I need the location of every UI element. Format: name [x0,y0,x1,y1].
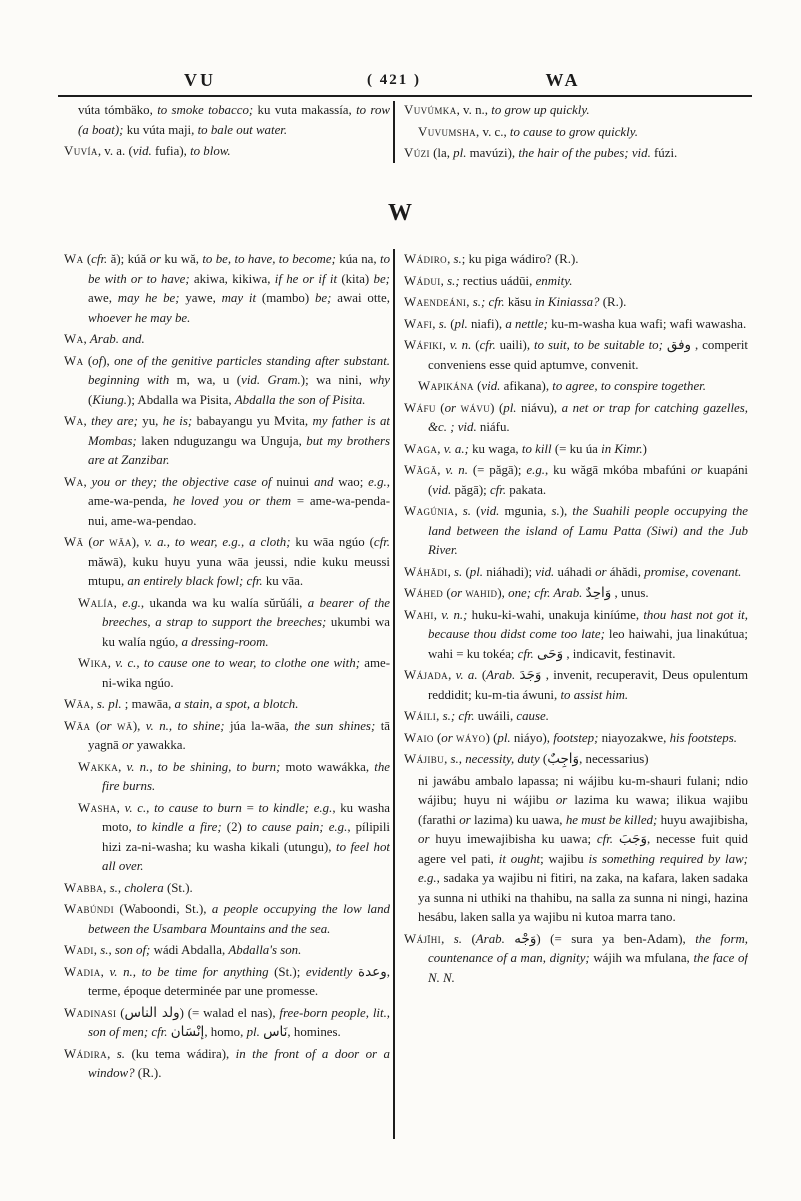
entry-text: ku wāa ngúo ( [291,535,374,549]
arabic-text: وَاحِدٌ [586,585,612,601]
entry-text: cholera [124,881,163,895]
header-rule [58,95,752,97]
header-right-word: WA [523,70,603,91]
entry-text: ; wajibu [540,852,588,866]
headword: Wadinasi [64,1006,116,1020]
headword: Wáili [404,709,436,723]
entry-text: v. n. [450,338,472,352]
entry-text: s.; cfr. [443,709,475,723]
entry-text: or [418,832,429,846]
entry-text: ku-m-washa kua wafi; wafi wawasha. [548,317,746,331]
entry-text: fúzi. [651,146,678,160]
headword: Wa [64,475,83,489]
arabic-text: نَاس [263,1024,287,1040]
entry-text: uáhadi [554,565,595,579]
headword: wāa [109,535,132,549]
headword: Wa [64,354,83,368]
entry-text: nuinui [276,475,314,489]
dictionary-entry: Wabúndi (Waboondi, St.), a people occupy… [64,900,390,939]
entry-text: ) ( [486,731,498,745]
entry-text: pl. [470,565,483,579]
entry-text: , [441,932,454,946]
dictionary-entry: ni jawábu ambalo lapassa; ni wájibu ku-m… [404,772,748,928]
entry-text: s. [439,317,447,331]
headword: Wájibu [404,752,444,766]
entry-text: pl. [497,731,510,745]
column-divider-vu [393,101,395,163]
entry-text: rectius uádūi, [460,274,536,288]
entry-text: niávu), [517,401,562,415]
entry-text: v. n., to be time for anything [110,965,269,979]
entry-text: vid. Gram. [241,373,301,387]
entry-text: (la, [430,146,453,160]
arabic-text: ولد الناس [125,1005,180,1021]
entry-text: ku vāa. [263,574,303,588]
entry-text: an entirely black fowl; cfr. [127,574,262,588]
entry-text: v. n., to shine; [146,719,225,733]
entry-text: , ku wăgā mkóba mbafúni [545,463,691,477]
entry-text: (kita) [337,272,373,286]
arabic-text: وَاجِبٌ [547,751,579,767]
entry-text: ( [83,252,91,266]
entry-text: pl. [247,1025,260,1039]
headword: wahid [465,586,497,600]
entry-text: ( [462,932,476,946]
headword: wávu [461,401,491,415]
entry-text: if he or if it [275,272,337,286]
entry-text: to blow. [190,144,231,158]
dictionary-entry: Wa, they are; yu, he is; babayangu yu Mv… [64,412,390,471]
entry-text: Kiung. [92,393,127,407]
headword: Wájada [404,668,448,682]
entry-text: one; cfr. Arab. [508,586,582,600]
entry-text: , sadaka ya wajibu ni fitiri, na zaka, n… [418,871,748,924]
entry-text: cause. [516,709,549,723]
entry-text: yawe, [180,291,222,305]
entry-text: Abdalla the son of Pisita. [235,393,366,407]
dictionary-entry: Wájada, v. a. (Arab. وَجَدَ , invenit, r… [404,666,748,705]
entry-text: whoever he may be. [88,311,190,325]
entry-text: wao; [333,475,368,489]
dictionary-entry: Wájibu, s., necessity, duty (وَاجِبٌ, ne… [404,750,748,770]
entry-text: be; [374,272,390,286]
arabic-text: وعدة [358,964,387,980]
dictionary-entry: Vuvumsha, v. c., to cause to grow quickl… [404,123,748,143]
entry-text: , homines. [287,1025,340,1039]
dictionary-entry: Wádira, s. (ku tema wádira), in the fron… [64,1045,390,1084]
entry-text: (Waboondi, St.), [114,902,212,916]
dictionary-entry: Vuvía, v. a. (vid. fufia), to blow. [64,142,390,162]
entry-text: ) [643,442,647,456]
headword: Wádui [404,274,441,288]
headword: wáyo [456,731,486,745]
entry-text: he loved you or them [173,494,291,508]
page-container: VU ( 421 ) WA vúta tómbäko, to smoke tob… [0,0,801,1201]
entry-text: ku vúta maji, [127,123,198,137]
entry-text: footstep; [553,731,598,745]
entry-text: to kindle a fire; [137,820,222,834]
entry-text: ), [560,504,573,518]
entry-text: Arab. [476,932,505,946]
headword: Vuvúmka [404,103,457,117]
entry-text: be; [315,291,331,305]
entry-text: (R.). [600,295,627,309]
dictionary-entry: Wádiro, s.; ku piga wádiro? (R.). [404,250,748,270]
headword: Wapikána [418,379,474,393]
w-left-column: Wa (cfr. ă); kúă or ku wă, to be, to hav… [64,250,390,1192]
headword: Wăgā [404,463,437,477]
entry-text: or [93,535,104,549]
entry-text: v. n. [445,463,468,477]
entry-text: ), [132,535,144,549]
entry-text: or [122,738,133,752]
entry-text: may he be; [118,291,180,305]
entry-text: to assist him. [560,688,628,702]
entry-text: afikana), [500,379,552,393]
entry-text: , homo, [204,1025,246,1039]
entry-text: cfr. [91,252,107,266]
entry-text: , [101,965,110,979]
entry-text: ( [478,668,487,682]
entry-text: (= ku úa [552,442,602,456]
dictionary-entry: Wáfu (or wávu) (pl. niávu), a net or tra… [404,399,748,438]
entry-text: huyu imewajibisha ku uawa; [429,832,596,846]
entry-text: pl. [453,146,466,160]
entry-text: v. n.; [441,608,467,622]
entry-text: to grow up quickly. [491,103,589,117]
entry-text: Arab. and. [90,332,145,346]
entry-text: ), [133,719,146,733]
entry-text: huyu awajibisha, [657,813,748,827]
entry-text: ( [83,354,92,368]
entry-text: awai otte, [331,291,390,305]
entry-text: mgunia, [499,504,551,518]
entry-text: , [118,760,126,774]
header-left-word: VU [160,70,240,91]
headword: Wāa [64,719,90,733]
entry-text: or [691,463,702,477]
entry-text: , [107,1047,117,1061]
entry-text: or [595,565,606,579]
entry-text: ); Abdalla wa Pisita, [127,393,235,407]
dictionary-entry: Wáili, s.; cfr. uwáili, cause. [404,707,748,727]
headword: Wáhed [404,586,443,600]
dictionary-entry: Wa, you or they; the objective case of n… [64,473,390,532]
entry-text: the sun shines; [294,719,375,733]
entry-text: awe, [88,291,118,305]
entry-text: e.g. [122,596,141,610]
entry-text: ( [443,586,451,600]
entry-text: , [443,338,450,352]
dictionary-entry: Wadia, v. n., to be time for anything (S… [64,963,390,1002]
entry-text: cfr. [480,338,496,352]
entry-text: Abdalla's son. [228,943,301,957]
dictionary-entry: Wakka, v. n., to be shining, to burn; mo… [64,758,390,797]
headword: Walía [78,596,114,610]
dictionary-entry: Wa (cfr. ă); kúă or ku wă, to be, to hav… [64,250,390,328]
entry-text: yu, [138,414,163,428]
entry-text: v. c., to cause one to wear, to clothe o… [115,656,360,670]
entry-text: kăsu [505,295,535,309]
entry-text: , v. c., [476,125,510,139]
headword: Wáfiki [404,338,443,352]
entry-text: moto wawákka, [280,760,374,774]
entry-text: a dressing-room. [181,635,268,649]
entry-text: s. [454,932,462,946]
dictionary-entry: Wā (or wāa), v. a., to wear, e.g., a clo… [64,533,390,592]
entry-text: he is; [163,414,192,428]
entry-text: or [441,731,452,745]
entry-text: ), [497,586,508,600]
entry-text: niayozakwe, [598,731,669,745]
entry-text: vid. [480,504,499,518]
entry-text: , [448,668,456,682]
headword: Wadia [64,965,101,979]
headword: Wabba [64,881,103,895]
entry-text: yawakka. [133,738,185,752]
entry-text: vid. [432,483,451,497]
entry-text: = [242,801,259,815]
entry-text: his footsteps. [670,731,737,745]
entry-text: babayangu yu Mvita, [192,414,312,428]
entry-text: , [114,596,123,610]
entry-text: s. pl. [97,697,122,711]
entry-text: , unus. [611,586,648,600]
entry-text: (mambo) [256,291,315,305]
entry-text: wájih wa mfulana, [590,951,694,965]
entry-text: uaili), [496,338,534,352]
entry-text: niáhadi); [483,565,535,579]
entry-text: to suit, to be suitable to; [534,338,663,352]
arabic-text: وَجْه [514,931,536,947]
dictionary-entry: Waendeáni, s.; cfr. kăsu in Kiniassa? (R… [404,293,748,313]
entry-text: to cause to grow quickly. [510,125,638,139]
entry-text: , necessarius) [579,752,648,766]
dictionary-entry: Wahi, v. n.; huku-ki-wahi, unakuja kiníú… [404,606,748,665]
headword: Waga [404,442,437,456]
arabic-text: وَجَبَ [619,831,647,847]
dictionary-entry: Waio (or wáyo) (pl. niáyo), footstep; ni… [404,729,748,749]
entry-text: ; mawāa, [122,697,175,711]
entry-text: ( [447,317,455,331]
headword: Wa [64,332,83,346]
headword: Wika [78,656,108,670]
entry-text: niáfu. [477,420,510,434]
entry-text: to agree, to conspire together. [552,379,706,393]
dictionary-entry: Waga, v. a.; ku waga, to kill (= ku úa i… [404,440,748,460]
headword: Wadi [64,943,94,957]
entry-text: s. [551,504,559,518]
entry-text: áhădi, [607,565,645,579]
entry-text: , [83,475,91,489]
dictionary-entry: Wadinasi (ولد الناس) (= walad el nas), f… [64,1004,390,1043]
entry-text: , indicavit, festinavit. [563,647,675,661]
entry-text: or [100,719,111,733]
entry-text: ) (= walad el nas), [180,1006,280,1020]
entry-text: ă); kúă [107,252,149,266]
entry-text: s. [110,881,118,895]
entry-text: to cause pain; e.g. [247,820,347,834]
entry-text: s.; [447,274,460,288]
column-divider-w [393,249,395,1139]
entry-text: may it [222,291,256,305]
entry-text: (= păgā); [468,463,526,477]
entry-text: vid. [133,144,152,158]
entry-text: v. a. [456,668,478,682]
dictionary-entry: Washa, v. c., to cause to burn = to kind… [64,799,390,877]
arabic-text: وفق [667,337,691,353]
headword: Wabúndi [64,902,114,916]
headword: Wáhădi [404,565,448,579]
entry-text: cfr. [597,832,613,846]
dictionary-entry: Wabba, s., cholera (St.). [64,879,390,899]
headword: Vuvía [64,144,98,158]
vu-right-column: Vuvúmka, v. n., to grow up quickly.Vuvum… [404,101,748,203]
entry-text: ; ku piga wádiro? (R.). [462,252,579,266]
entry-text: vid. [481,379,500,393]
entry-text: of [92,354,102,368]
entry-text: păgā); [451,483,490,497]
dictionary-entry: Vúzi (la, pl. mavúzi), the hair of the p… [404,144,748,164]
entry-text: or [459,813,470,827]
headword: Wāa [64,697,90,711]
entry-text: laken nduguzangu wa Unguja, [137,434,307,448]
entry-text: to kill [522,442,552,456]
entry-text: pl. [455,317,468,331]
entry-text: v. c., to cause to burn [125,801,242,815]
entry-text: or [451,586,462,600]
entry-text: ( [462,565,470,579]
w-right-column: Wádiro, s.; ku piga wádiro? (R.).Wádui, … [404,250,748,1192]
entry-text: s. [463,504,471,518]
headword: Vúzi [404,146,430,160]
entry-text: in Kimr. [601,442,643,456]
headword: Wakka [78,760,118,774]
entry-text: Arab. [486,668,515,682]
headword: Waendeáni [404,295,466,309]
dictionary-entry: Wāa, s. pl. ; mawāa, a stain, a spot, a … [64,695,390,715]
entry-text: vúta tómbäko, [78,103,157,117]
entry-text: , v. n., [457,103,492,117]
arabic-text: إنْسَان [171,1024,205,1040]
entry-text: m, wa, u ( [177,373,242,387]
dictionary-entry: Walía, e.g., ukanda wa ku walía sŭrŭáli,… [64,594,390,653]
entry-text: it ought [499,852,540,866]
entry-text: pl. [503,401,516,415]
entry-text: ( [436,401,445,415]
dictionary-entry: Wa (of), one of the genitive particles s… [64,352,390,411]
entry-text: ku waga, [469,442,522,456]
dictionary-entry: Wăgā, v. n. (= păgā); e.g., ku wăgā mkób… [404,461,748,500]
headword: Wádiro [404,252,447,266]
entry-text: ( [471,338,479,352]
entry-text: they are; [91,414,138,428]
entry-text: enmity. [536,274,573,288]
entry-text: v. n., to be shining, to burn; [127,760,281,774]
headword: Wa [64,252,83,266]
entry-text: ( [116,1006,124,1020]
entry-text: to bale out water. [198,123,288,137]
dictionary-entry: Wáhădi, s. (pl. niáhadi); vid. uáhadi or… [404,563,748,583]
entry-text: , v. a. ( [98,144,133,158]
entry-text: s., son of; [100,943,150,957]
entry-text: ( [83,535,92,549]
entry-text: ) ( [490,401,503,415]
headword: Wagúnia [404,504,454,518]
entry-text: huku-ki-wahi, unakuja kiníúme, [467,608,643,622]
headword: Wafi [404,317,432,331]
entry-text: v. a.; [444,442,469,456]
entry-text: why [369,373,390,387]
headword: Wáfu [404,401,436,415]
entry-text: (St.); [269,965,306,979]
dictionary-entry: Wáfiki, v. n. (cfr. uaili), to suit, to … [404,336,748,375]
entry-text: cfr. [490,483,506,497]
entry-text: to be, to have, to become; [202,252,336,266]
entry-text: or [445,401,456,415]
dictionary-entry: Wagúnia, s. (vid. mgunia, s.), the Suahi… [404,502,748,561]
entry-text: wádi Abdalla, [150,943,228,957]
entry-text: ); wa nini, [301,373,369,387]
dictionary-entry: Wapikána (vid. afikana), to agree, to co… [404,377,748,397]
entry-text: (R.). [135,1066,162,1080]
arabic-text: وَجَدَ [519,667,541,683]
headword: Wā [64,535,83,549]
entry-text: or [150,252,161,266]
entry-text: the hair of the pubes; vid. [518,146,650,160]
entry-text: niáyo), [511,731,554,745]
entry-text: and [314,475,333,489]
entry-text: you or they; the objective case of [92,475,277,489]
entry-text: e.g. [526,463,545,477]
headword: Washa [78,801,117,815]
entry-text: júa la-wāa, [225,719,295,733]
entry-text: ku wă, [161,252,202,266]
entry-text: a stain, a spot, a blotch. [175,697,299,711]
entry-text: fufia), [152,144,190,158]
entry-text: v. a., to wear, e.g., a cloth; [144,535,290,549]
entry-text: (St.). [164,881,193,895]
headword: Wahi [404,608,434,622]
entry-text: cfr. [518,647,534,661]
headword: Vuvumsha [418,125,476,139]
entry-text: , [83,414,91,428]
entry-text: ), [102,354,114,368]
entry-text: e.g. [368,475,387,489]
entry-text: ( [90,719,100,733]
dictionary-entry: Wāa (or wā), v. n., to shine; júa la-wāa… [64,717,390,756]
entry-text: evidently [306,965,353,979]
entry-text: in Kiniassa? [535,295,600,309]
entry-text: s., necessity, duty [451,752,540,766]
dictionary-entry: vúta tómbäko, to smoke tobacco; ku vuta … [64,101,390,140]
section-heading-w: W [0,200,801,227]
header-page-number: ( 421 ) [344,72,444,89]
dictionary-entry: Wa, Arab. and. [64,330,390,350]
headword: Wájĭhi [404,932,441,946]
entry-text: akiwa, kikiwa, [190,272,275,286]
entry-text: , ukanda wa ku walía sŭrŭáli, [141,596,308,610]
entry-text: kúa na, [336,252,380,266]
entry-text: s.; cfr. [473,295,505,309]
entry-text: a nettle; [505,317,548,331]
entry-text: to smoke tobacco; [157,103,257,117]
headword: Wádira [64,1047,107,1061]
dictionary-entry: Wájĭhi, s. (Arab. وَجْه) (= sura ya ben-… [404,930,748,989]
dictionary-entry: Wika, v. c., to cause one to wear, to cl… [64,654,390,693]
entry-text: pakata. [506,483,546,497]
headword: wā [117,719,133,733]
